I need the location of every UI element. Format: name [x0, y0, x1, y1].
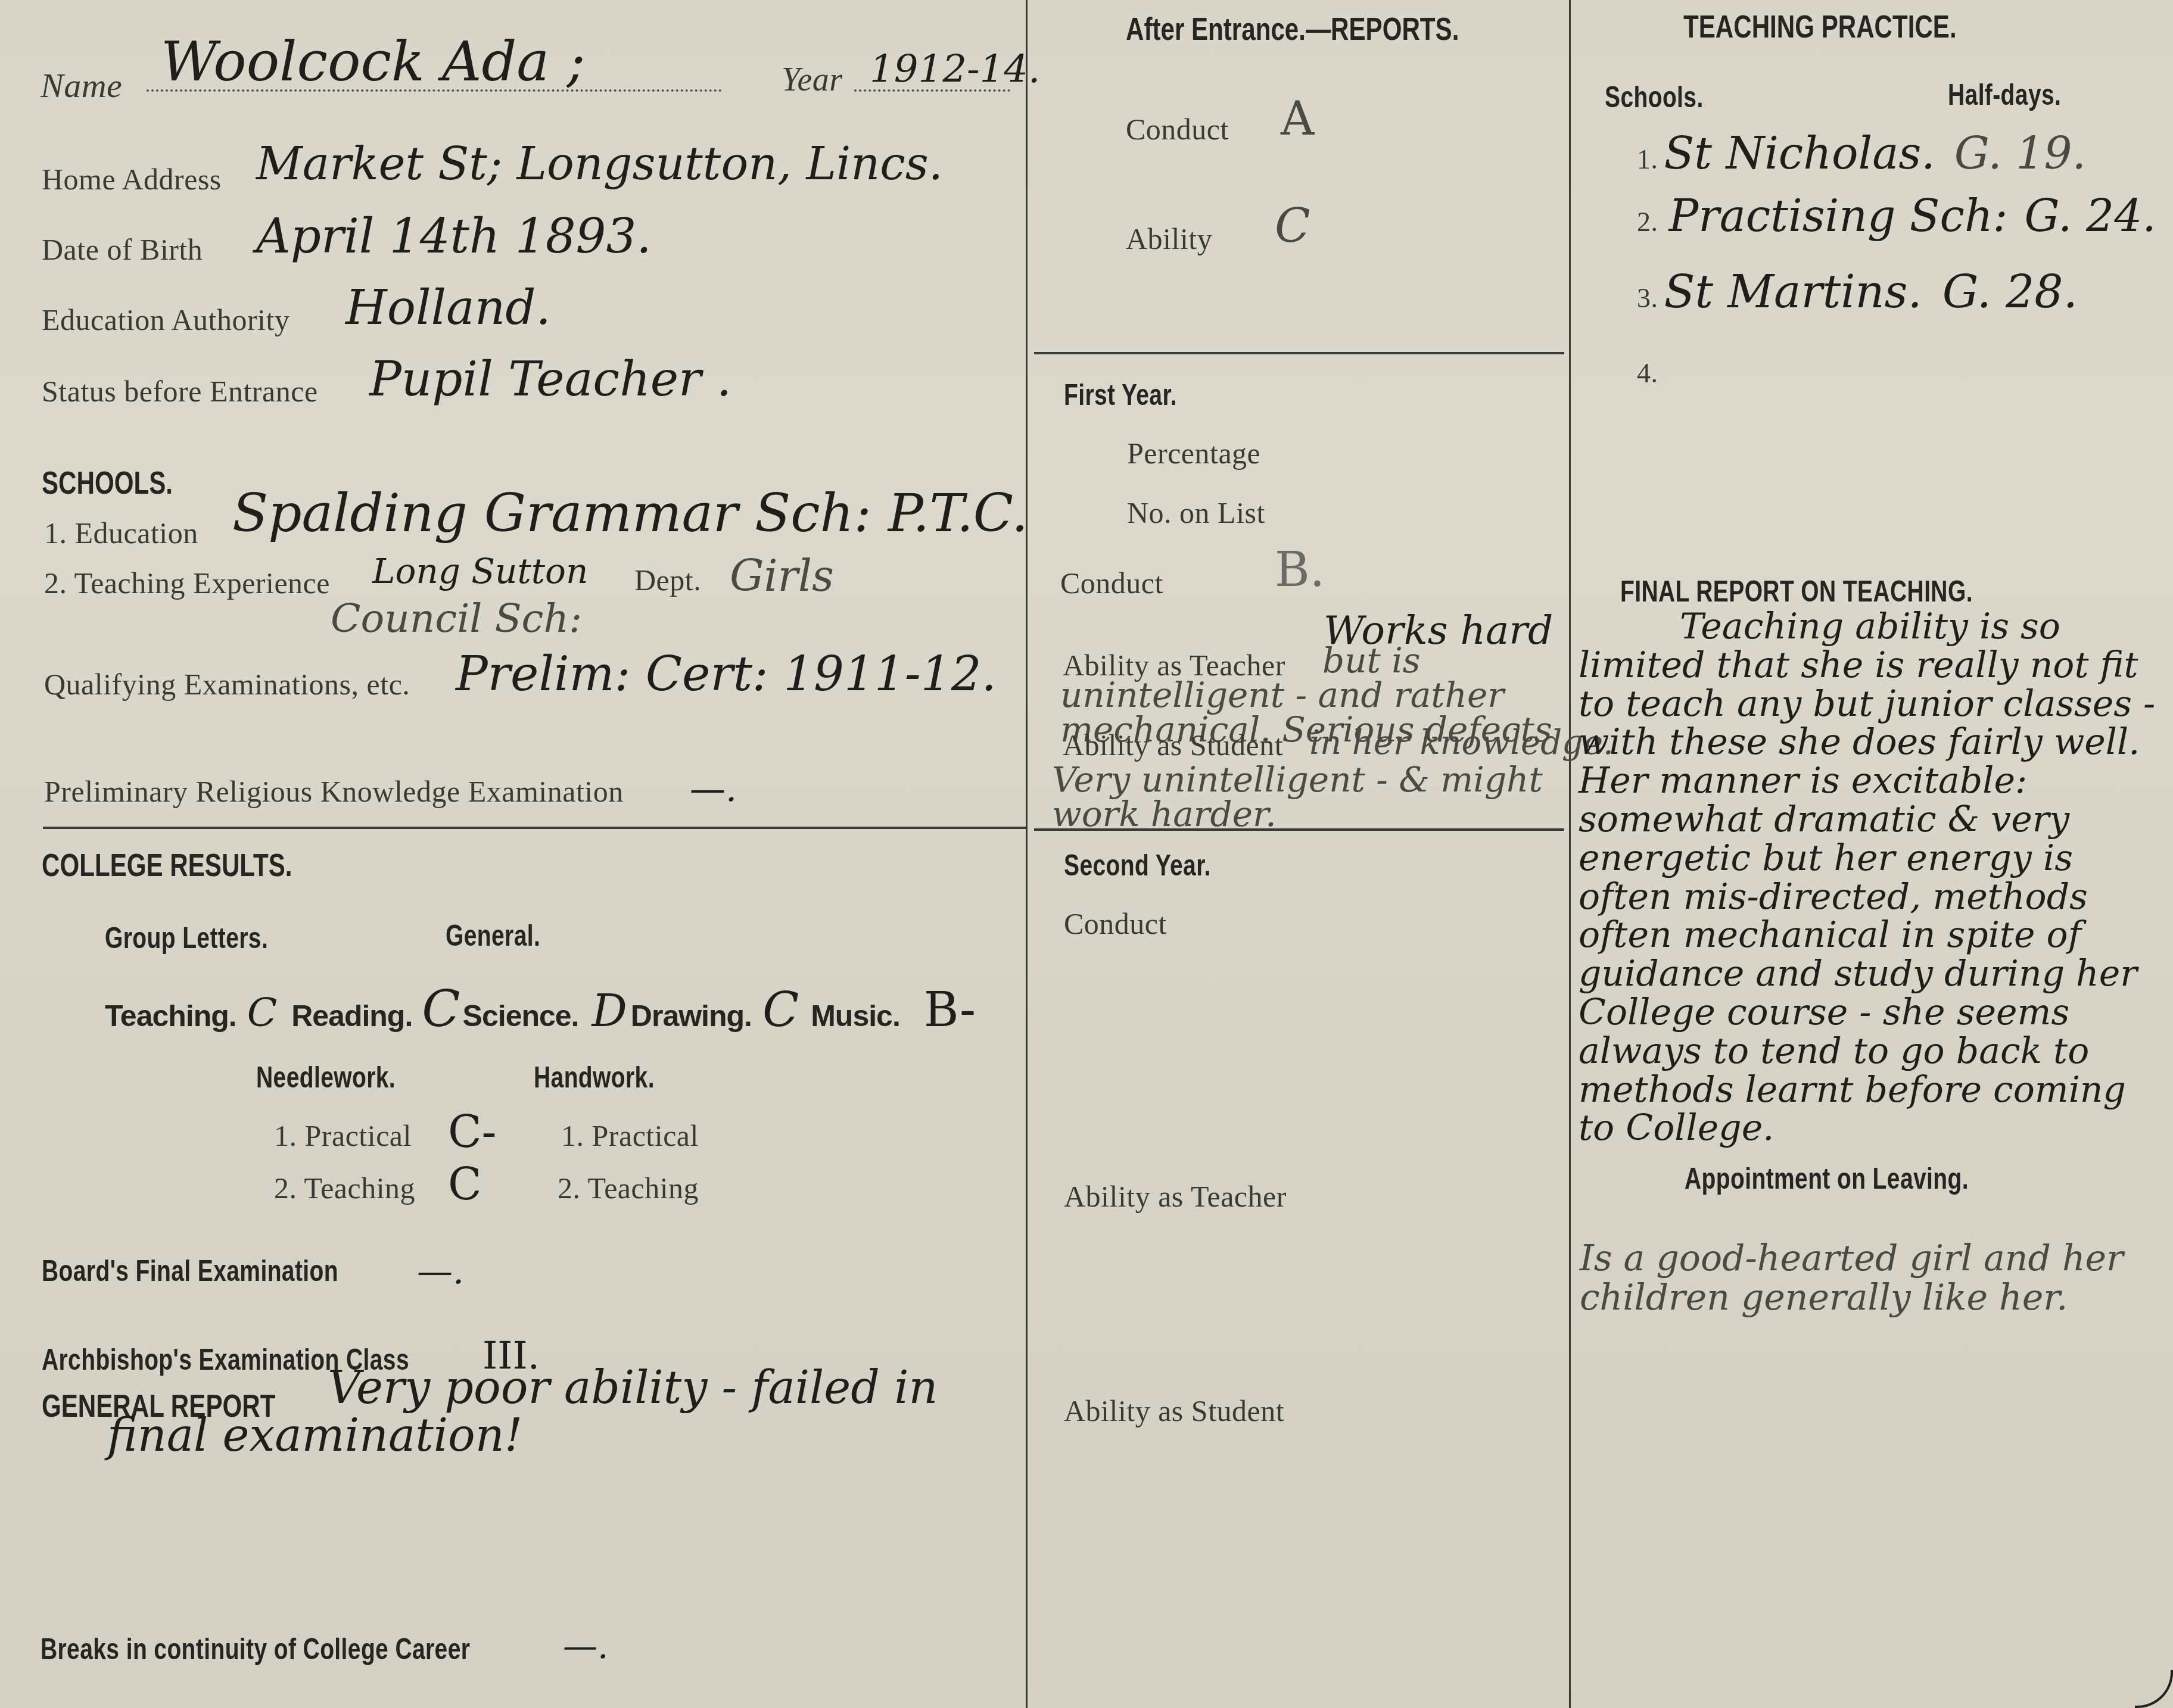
- practice-row: 2. Practising Sch: G. 24.: [1637, 191, 2156, 242]
- grade-value-drawing: C: [762, 982, 799, 1037]
- grade-value-music: B-: [924, 982, 976, 1037]
- fy-student-value: in her knowledge.: [1309, 724, 1614, 762]
- practice-school: St Martins.: [1664, 265, 1922, 318]
- practice-num: 1.: [1637, 144, 1658, 174]
- needlework-practical-label: 1. Practical: [274, 1118, 412, 1153]
- status-value: Pupil Teacher .: [369, 351, 731, 407]
- fy-student-value-2: Very unintelligent - & might work harder…: [1052, 762, 1564, 831]
- middle-divider-1: [1034, 352, 1564, 354]
- fy-conduct-label: Conduct: [1060, 566, 1163, 600]
- dob-value: April 14th 1893.: [256, 208, 652, 264]
- grade-value-reading: C: [422, 980, 460, 1038]
- halfdays-column-header: Half-days.: [1948, 77, 2061, 112]
- card-corner: [2135, 1670, 2173, 1708]
- teaching-experience-value-2: Council Sch:: [331, 596, 582, 641]
- practice-halfdays: G. 28.: [1942, 265, 2078, 318]
- record-card: Name Woolcock Ada ; Year 1912-14. Home A…: [0, 0, 2173, 1708]
- year-value: 1912-14.: [870, 48, 1040, 92]
- grades-row: Teaching. C Reading. C Science. D Drawin…: [105, 980, 976, 1038]
- teaching-experience-label: 2. Teaching Experience: [44, 566, 330, 600]
- general-label: General.: [446, 918, 540, 953]
- name-label: Name: [41, 66, 122, 105]
- group-letters-label: Group Letters.: [105, 921, 268, 955]
- education-value: Spalding Grammar Sch: P.T.C.: [232, 482, 1028, 544]
- college-results-heading: COLLEGE RESULTS.: [42, 847, 292, 884]
- needlework-label: Needlework.: [256, 1060, 396, 1095]
- practice-row: 3. St Martins. G. 28.: [1637, 265, 2078, 318]
- fy-conduct-value: B.: [1275, 542, 1325, 597]
- appointment-heading: Appointment on Leaving.: [1685, 1161, 1969, 1196]
- fy-student-label: Ability as Student: [1063, 728, 1283, 762]
- sy-teacher-label: Ability as Teacher: [1064, 1179, 1287, 1214]
- sy-conduct-label: Conduct: [1064, 906, 1167, 941]
- schools-column-header: Schools.: [1605, 80, 1704, 114]
- left-section-divider: [43, 827, 1026, 829]
- dob-label: Date of Birth: [42, 232, 203, 267]
- teaching-experience-value: Long Sutton: [372, 551, 588, 591]
- home-address-value: Market St; Longsutton, Lincs.: [256, 137, 943, 190]
- needlework-teaching-label: 2. Teaching: [274, 1171, 415, 1205]
- second-year-heading: Second Year.: [1064, 848, 1211, 883]
- column-divider-right: [1569, 0, 1571, 1708]
- practice-school: Practising Sch:: [1669, 191, 2008, 242]
- entrance-ability-label: Ability: [1126, 222, 1212, 256]
- practice-num: 3.: [1637, 283, 1658, 313]
- qualifying-label: Qualifying Examinations, etc.: [44, 667, 410, 702]
- dept-label: Dept.: [634, 563, 701, 597]
- needlework-practical-value: C-: [448, 1107, 497, 1158]
- handwork-teaching-label: 2. Teaching: [558, 1171, 699, 1205]
- grade-value-science: D: [592, 986, 627, 1037]
- practice-halfdays: G. 19.: [1954, 128, 2086, 179]
- authority-label: Education Authority: [42, 303, 289, 337]
- sy-student-label: Ability as Student: [1064, 1394, 1284, 1428]
- practice-row: 4.: [1637, 357, 1658, 389]
- practice-school: St Nicholas.: [1664, 128, 1935, 179]
- practice-row: 1. St Nicholas. G. 19.: [1637, 128, 2086, 179]
- qualifying-value: Prelim: Cert: 1911-12.: [456, 646, 997, 702]
- grade-subject-teaching: Teaching.: [105, 999, 236, 1033]
- handwork-practical-label: 1. Practical: [561, 1118, 699, 1153]
- boards-final-label: Board's Final Examination: [42, 1254, 338, 1288]
- dept-value: Girls: [730, 551, 834, 601]
- practice-num: 4.: [1637, 358, 1658, 388]
- year-label: Year: [782, 61, 843, 99]
- grade-value-teaching: C: [247, 990, 278, 1036]
- schools-heading: SCHOOLS.: [42, 465, 173, 501]
- entrance-conduct-value: A: [1281, 92, 1314, 146]
- religious-value: —.: [690, 768, 737, 810]
- religious-label: Preliminary Religious Knowledge Examinat…: [44, 774, 624, 809]
- entrance-ability-value: C: [1275, 200, 1310, 253]
- appointment-value: Is a good-hearted girl and her children …: [1580, 1239, 2152, 1317]
- teaching-practice-heading: TEACHING PRACTICE.: [1683, 8, 1957, 45]
- name-value: Woolcock Ada ;: [161, 30, 585, 93]
- home-address-label: Home Address: [42, 162, 222, 197]
- breaks-label: Breaks in continuity of College Career: [41, 1632, 470, 1666]
- reports-heading: After Entrance.—REPORTS.: [1126, 11, 1459, 48]
- authority-value: Holland.: [345, 280, 551, 335]
- general-report-value: Very poor ability - failed in final exam…: [107, 1364, 1013, 1459]
- handwork-label: Handwork.: [534, 1060, 655, 1095]
- practice-halfdays: G. 24.: [2025, 191, 2156, 242]
- entrance-conduct-label: Conduct: [1126, 112, 1229, 147]
- boards-final-value: —.: [417, 1251, 464, 1292]
- no-on-list-label: No. on List: [1127, 495, 1265, 530]
- grade-subject-music: Music.: [811, 999, 900, 1033]
- needlework-teaching-value: C: [448, 1159, 482, 1210]
- percentage-label: Percentage: [1127, 436, 1260, 470]
- grade-subject-drawing: Drawing.: [631, 999, 752, 1033]
- status-label: Status before Entrance: [42, 374, 318, 409]
- column-divider-left: [1026, 0, 1028, 1708]
- final-report-heading: FINAL REPORT ON TEACHING.: [1620, 574, 1973, 609]
- practice-num: 2.: [1637, 207, 1658, 237]
- final-report-value: Teaching ability is so limited that she …: [1579, 607, 2162, 1148]
- first-year-heading: First Year.: [1064, 378, 1177, 412]
- grade-subject-reading: Reading.: [291, 999, 412, 1033]
- grade-subject-science: Science.: [463, 999, 579, 1033]
- breaks-value: —.: [563, 1626, 608, 1666]
- education-label: 1. Education: [44, 516, 198, 550]
